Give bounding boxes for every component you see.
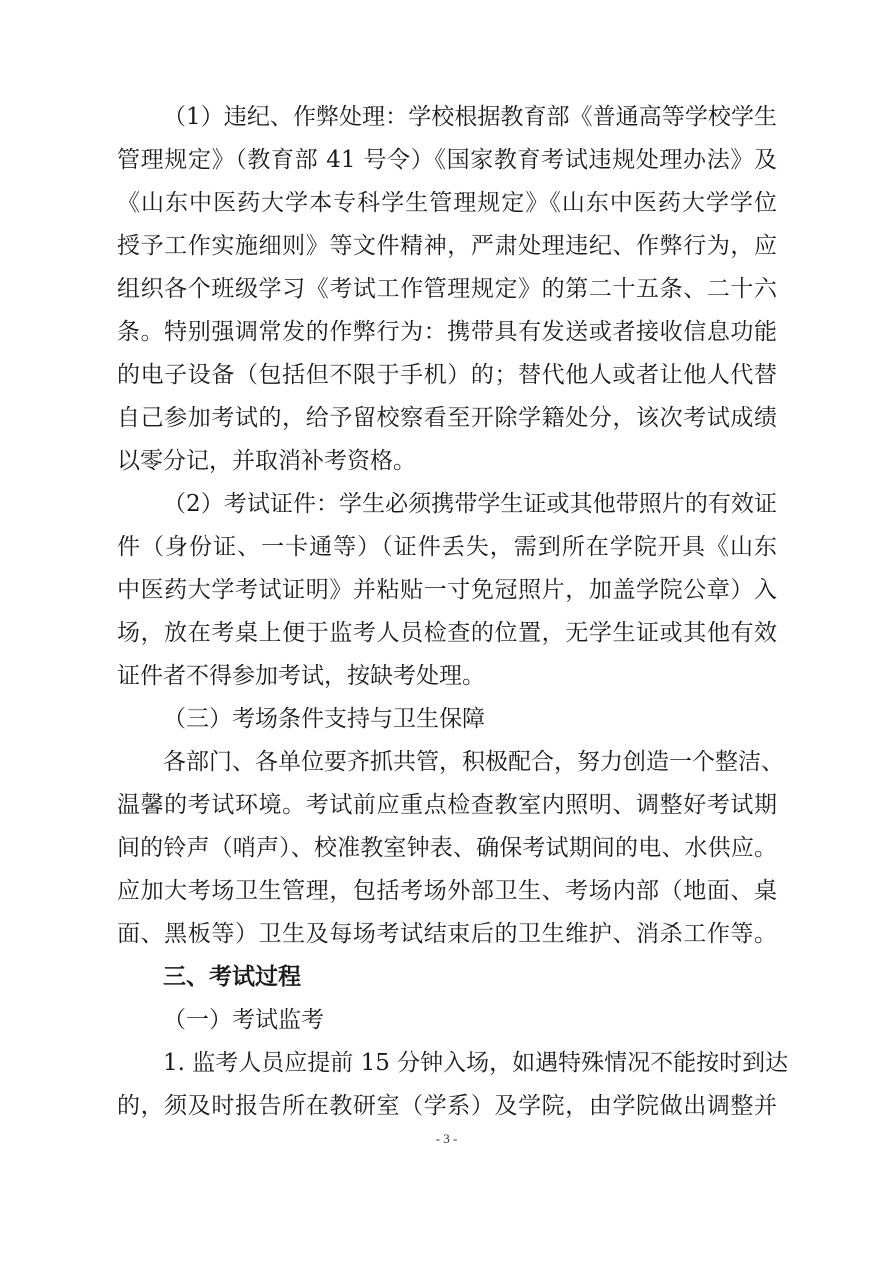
text-line: 授予工作实施细则》等文件精神，严肃处理违纪、作弊行为，应 bbox=[117, 225, 777, 268]
text-line: 面、黑板等）卫生及每场考试结束后的卫生维护、消杀工作等。 bbox=[117, 913, 777, 956]
text-line: 自己参加考试的，给予留校察看至开除学籍处分，该次考试成绩 bbox=[117, 397, 777, 440]
section-heading-invigilation: （一）考试监考 bbox=[163, 999, 777, 1042]
text-line: 的，须及时报告所在教研室（学系）及学院，由学院做出调整并 bbox=[117, 1085, 777, 1128]
chapter-heading-exam-process: 三、考试过程 bbox=[163, 956, 777, 999]
document-page: （1）违纪、作弊处理：学校根据教育部《普通高等学校学生 管理规定》（教育部 41… bbox=[0, 0, 893, 1263]
text-line: 应加大考场卫生管理，包括考场外部卫生、考场内部（地面、桌 bbox=[117, 870, 777, 913]
text-line: 《山东中医药大学本专科学生管理规定》《山东中医药大学学位 bbox=[117, 182, 777, 225]
page-number: - 3 - bbox=[0, 1131, 893, 1147]
text-line: 场，放在考桌上便于监考人员检查的位置，无学生证或其他有效 bbox=[117, 612, 777, 655]
text-line: 间的铃声（哨声）、校准教室钟表、确保考试期间的电、水供应。 bbox=[117, 827, 777, 870]
text-line: （1）违纪、作弊处理：学校根据教育部《普通高等学校学生 bbox=[163, 96, 777, 139]
text-line: 温馨的考试环境。考试前应重点检查教室内照明、调整好考试期 bbox=[117, 784, 777, 827]
text-line: 件（身份证、一卡通等）（证件丢失，需到所在学院开具《山东 bbox=[117, 526, 777, 569]
text-line: 组织各个班级学习《考试工作管理规定》的第二十五条、二十六 bbox=[117, 268, 777, 311]
text-line: 各部门、各单位要齐抓共管，积极配合，努力创造一个整洁、 bbox=[163, 741, 777, 784]
text-line: 条。特别强调常发的作弊行为：携带具有发送或者接收信息功能 bbox=[117, 311, 777, 354]
text-line: 管理规定》（教育部 41 号令）《国家教育考试违规处理办法》及 bbox=[117, 139, 777, 182]
text-line: 中医药大学考试证明》并粘贴一寸免冠照片，加盖学院公章）入 bbox=[117, 569, 777, 612]
section-heading-venue-conditions: （三）考场条件支持与卫生保障 bbox=[163, 698, 777, 741]
text-line: （2）考试证件：学生必须携带学生证或其他带照片的有效证 bbox=[163, 483, 777, 526]
text-line: 的电子设备（包括但不限于手机）的；替代他人或者让他人代替 bbox=[117, 354, 777, 397]
text-line: 1. 监考人员应提前 15 分钟入场，如遇特殊情况不能按时到达 bbox=[163, 1042, 777, 1085]
text-line: 以零分记，并取消补考资格。 bbox=[117, 440, 777, 483]
text-line: 证件者不得参加考试，按缺考处理。 bbox=[117, 655, 777, 698]
